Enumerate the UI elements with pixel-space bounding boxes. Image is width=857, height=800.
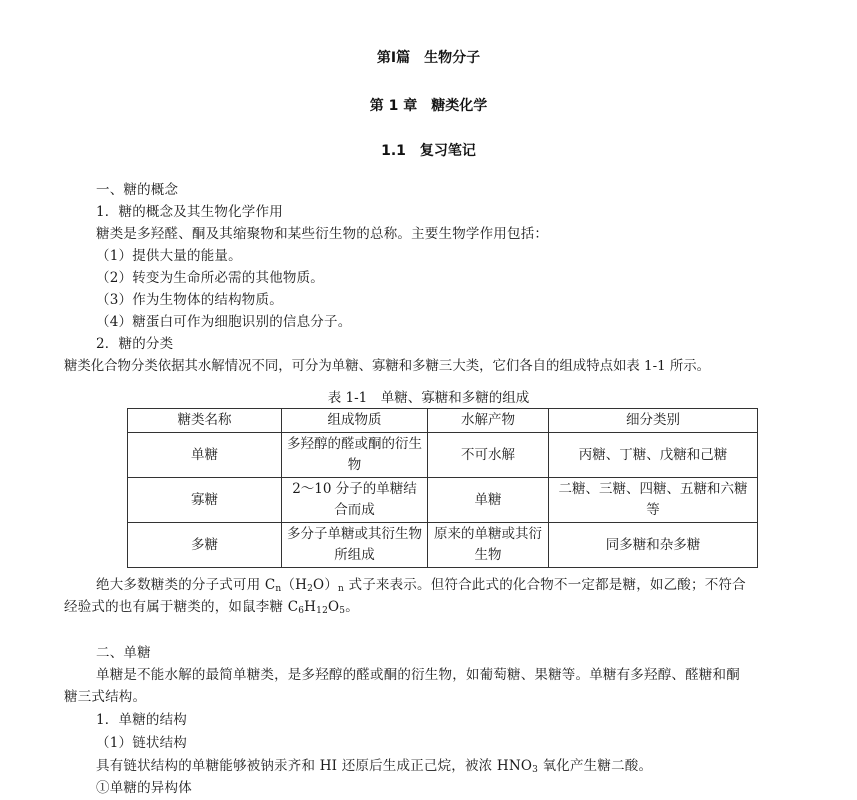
table-header-cell: 细分类别 xyxy=(549,409,758,433)
part-title: 第Ⅰ篇 生物分子 xyxy=(0,47,857,67)
paragraph-formula-line2: 经验式的也有属于糖类的，如鼠李糖 C6H12O5。 xyxy=(64,597,359,617)
table-cell: 多分子单糖或其衍生物所组成 xyxy=(282,523,428,568)
table-cell: 丙糖、丁糖、戊糖和己糖 xyxy=(549,433,758,478)
paragraph-formula-line1: 绝大多数糖类的分子式可用 Cn（H2O）n 式子来表示。但符合此式的化合物不一定… xyxy=(96,575,746,595)
table-header-row: 糖类名称 组成物质 水解产物 细分类别 xyxy=(128,409,758,433)
list-item: （2）转变为生命所必需的其他物质。 xyxy=(96,268,324,288)
table-cell: 单糖 xyxy=(128,433,282,478)
sugar-composition-table: 糖类名称 组成物质 水解产物 细分类别 单糖 多羟醇的醛或酮的衍生物 不可水解 … xyxy=(127,408,758,568)
table-row: 多糖 多分子单糖或其衍生物所组成 原来的单糖或其衍生物 同多糖和杂多糖 xyxy=(128,523,758,568)
table-header-cell: 组成物质 xyxy=(282,409,428,433)
table-cell: 2～10 分子的单糖结合而成 xyxy=(282,478,428,523)
table-cell: 同多糖和杂多糖 xyxy=(549,523,758,568)
table-cell: 多羟醇的醛或酮的衍生物 xyxy=(282,433,428,478)
table-cell: 原来的单糖或其衍生物 xyxy=(428,523,549,568)
list-item: （4）糖蛋白可作为细胞识别的信息分子。 xyxy=(96,312,351,332)
chapter-title: 第 1 章 糖类化学 xyxy=(0,95,857,115)
list-item: （3）作为生物体的结构物质。 xyxy=(96,290,283,310)
table-row: 寡糖 2～10 分子的单糖结合而成 单糖 二糖、三糖、四糖、五糖和六糖等 xyxy=(128,478,758,523)
list-item: （1）提供大量的能量。 xyxy=(96,246,242,266)
subheading-structure: 1．单糖的结构 xyxy=(96,710,187,730)
table-cell: 单糖 xyxy=(428,478,549,523)
subheading-isomers: ①单糖的异构体 xyxy=(96,778,192,798)
table-cell: 多糖 xyxy=(128,523,282,568)
table-row: 单糖 多羟醇的醛或酮的衍生物 不可水解 丙糖、丁糖、戊糖和己糖 xyxy=(128,433,758,478)
heading-sugar-concept: 一、糖的概念 xyxy=(96,180,178,200)
section-title: 1.1 复习笔记 xyxy=(0,140,857,160)
table-caption: 表 1-1 单糖、寡糖和多糖的组成 xyxy=(0,386,857,406)
paragraph-chain-structure: 具有链状结构的单糖能够被钠汞齐和 HI 还原后生成正己烷，被浓 HNO3 氧化产… xyxy=(96,756,652,776)
table-cell: 二糖、三糖、四糖、五糖和六糖等 xyxy=(549,478,758,523)
table-header-cell: 水解产物 xyxy=(428,409,549,433)
paragraph-monosaccharide-line2: 糖三式结构。 xyxy=(64,687,146,707)
subheading-chain-structure: （1）链状结构 xyxy=(96,733,187,753)
subheading-concept-function: 1．糖的概念及其生物化学作用 xyxy=(96,202,283,222)
paragraph-definition: 糖类是多羟醛、酮及其缩聚物和某些衍生物的总称。主要生物学作用包括： xyxy=(96,224,548,244)
subheading-classification: 2．糖的分类 xyxy=(96,334,173,354)
table-cell: 不可水解 xyxy=(428,433,549,478)
table-cell: 寡糖 xyxy=(128,478,282,523)
paragraph-monosaccharide-line1: 单糖是不能水解的最简单糖类，是多羟醇的醛或酮的衍生物，如葡萄糖、果糖等。单糖有多… xyxy=(96,665,740,685)
heading-monosaccharide: 二、单糖 xyxy=(96,643,151,663)
table-header-cell: 糖类名称 xyxy=(128,409,282,433)
paragraph-classification: 糖类化合物分类依据其水解情况不同，可分为单糖、寡糖和多糖三大类，它们各自的组成特… xyxy=(64,357,710,377)
